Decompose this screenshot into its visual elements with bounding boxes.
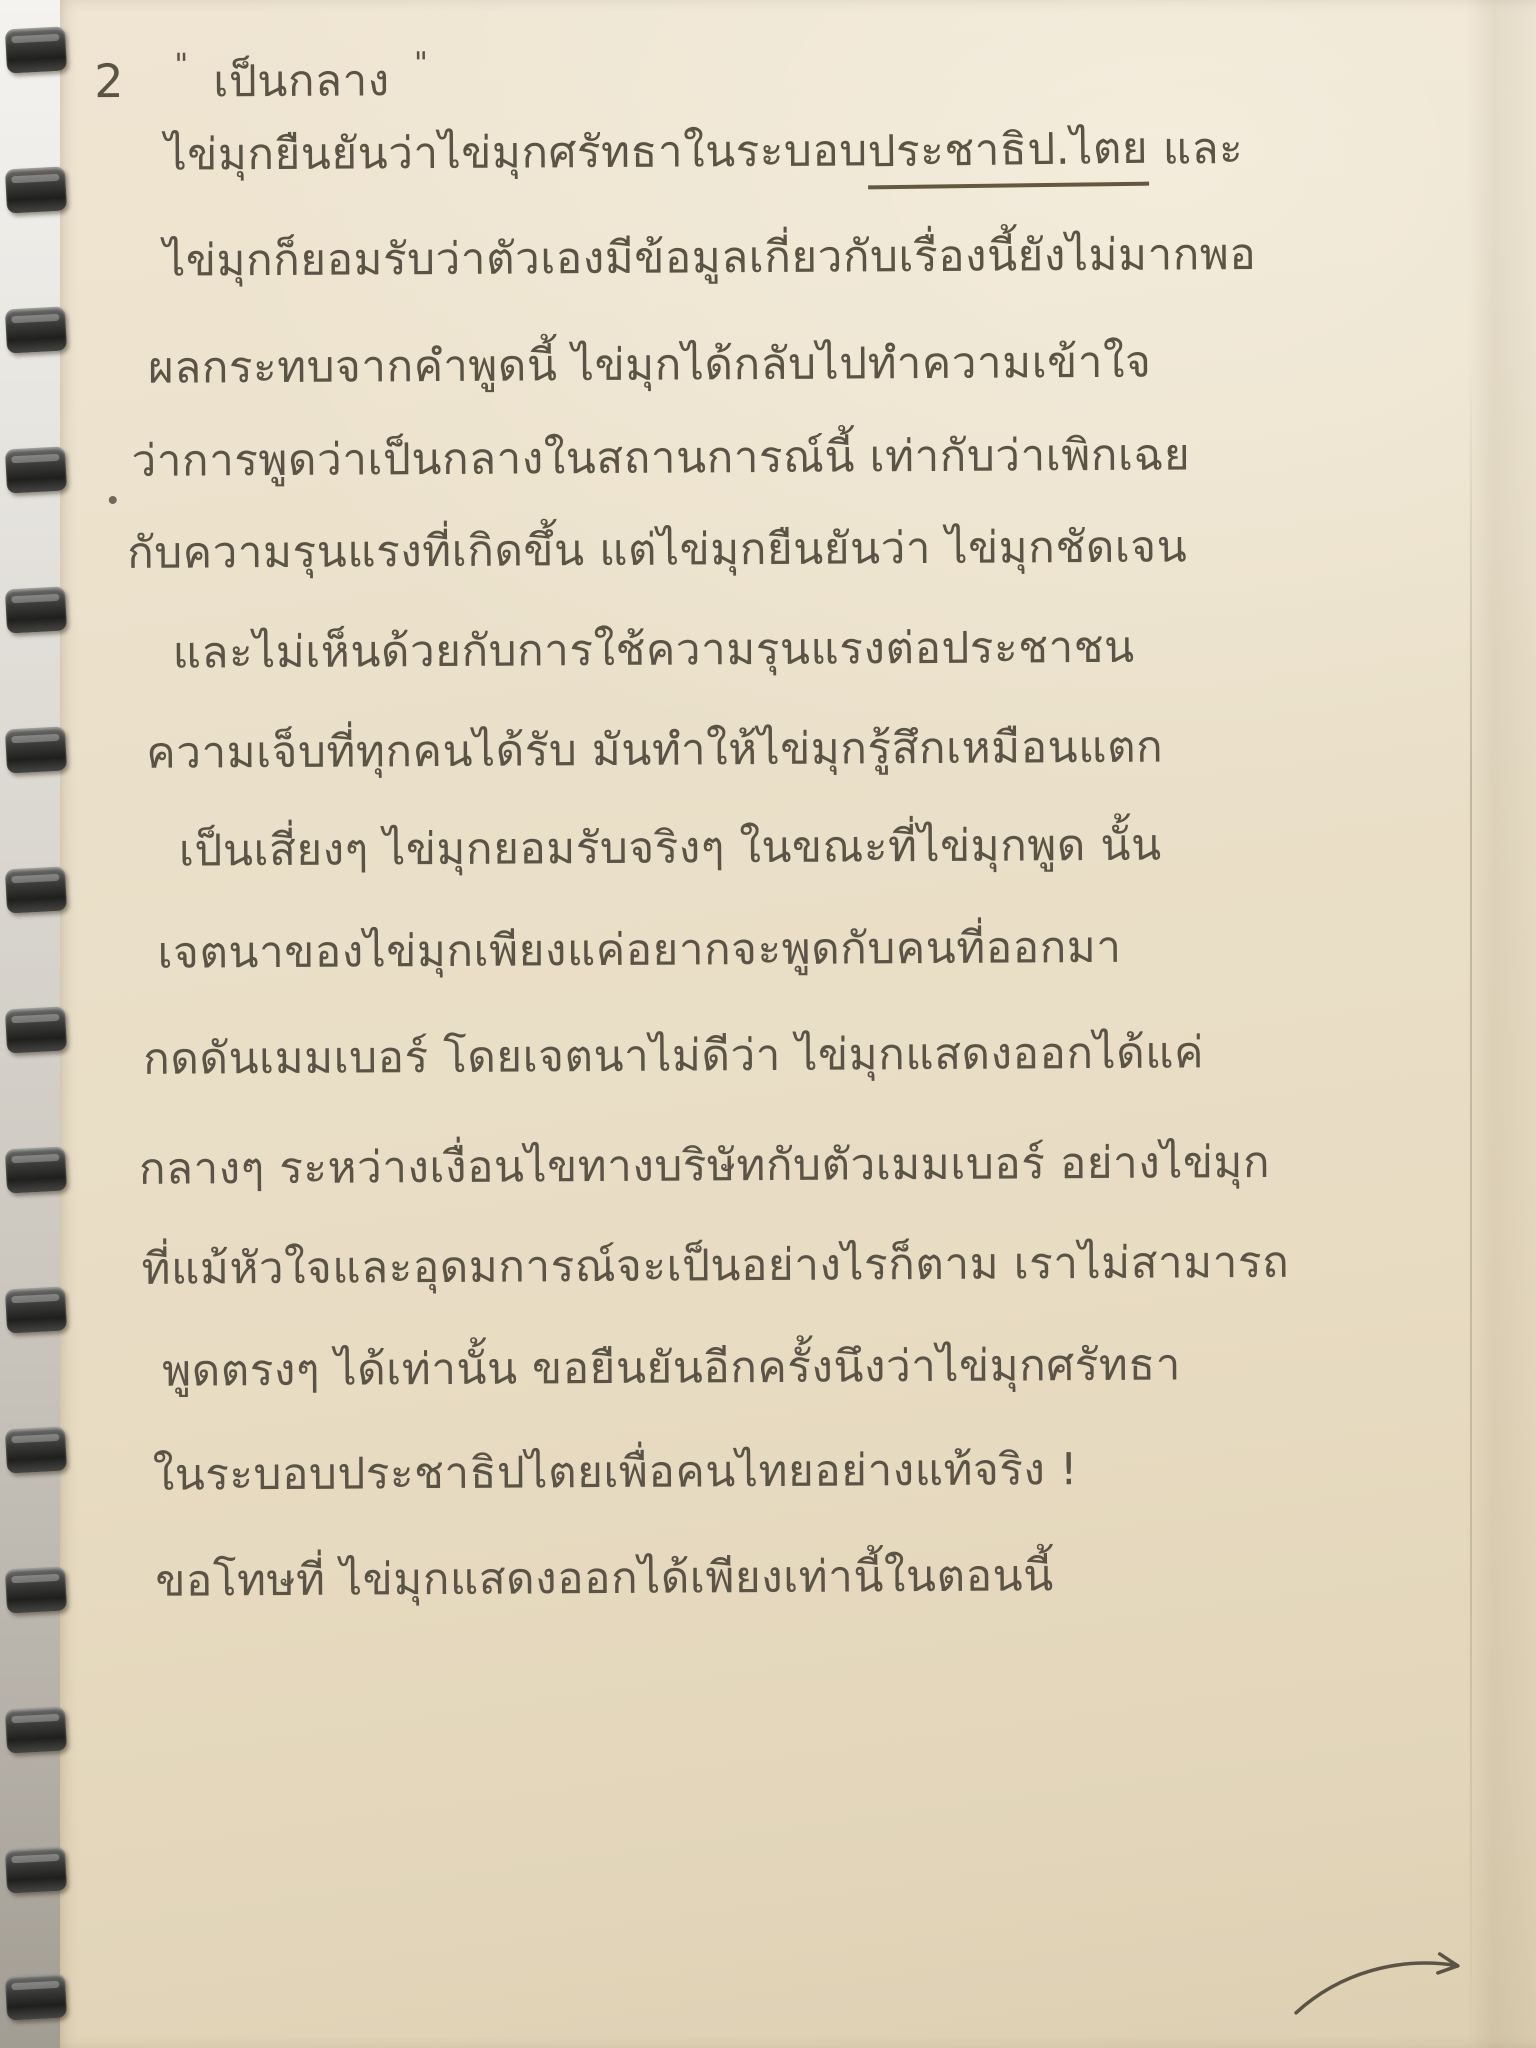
- margin-dot: [109, 496, 117, 504]
- handwritten-line: ที่แม้หัวใจและอุดมการณ์จะเป็นอย่างไรก็ตา…: [141, 1233, 1289, 1299]
- line1-pre: ไข่มุกยืนยันว่าไข่มุกศรัทธาในระบอบ: [165, 125, 868, 180]
- handwritten-line: ไข่มุกก็ยอมรับว่าตัวเองมีข้อมูลเกี่ยวกับ…: [163, 225, 1256, 291]
- handwritten-note: 2 " เป็นกลาง " ไข่มุกยืนยันว่าไข่มุกศรัท…: [0, 0, 1536, 2048]
- handwritten-line: ไข่มุกยืนยันว่าไข่มุกศรัทธาในระบอบประชาธ…: [165, 119, 1244, 193]
- handwritten-line: ความเจ็บที่ทุกคนได้รับ มันทำให้ไข่มุกรู้…: [146, 718, 1163, 784]
- line1-underlined-word: ประชาธิป.ไตย: [867, 119, 1148, 190]
- close-quote: ": [414, 46, 429, 81]
- handwritten-line: เป็นเสี่ยงๆ ไข่มุกยอมรับจริงๆ ในขณะที่ไข…: [179, 816, 1162, 881]
- notebook-photo: 2 " เป็นกลาง " ไข่มุกยืนยันว่าไข่มุกศรัท…: [0, 0, 1536, 2048]
- handwritten-line: กับความรุนแรงที่เกิดขึ้น แต่ไข่มุกยืนยัน…: [127, 517, 1187, 583]
- line1-post: และ: [1148, 123, 1243, 175]
- handwritten-line: พูดตรงๆ ได้เท่านั้น ขอยืนยันอีกครั้งนึงว…: [162, 1335, 1181, 1401]
- page-number: 2: [94, 54, 124, 108]
- note-header: 2 " เป็นกลาง ": [94, 44, 439, 112]
- handwritten-line: เจตนาของไข่มุกเพียงแค่อยากจะพูดกับคนที่อ…: [157, 918, 1121, 983]
- handwritten-line: กลางๆ ระหว่างเงื่อนไขทางบริษัทกับตัวเมมเ…: [139, 1133, 1271, 1199]
- handwritten-line: กดดันเมมเบอร์ โดยเจตนาไม่ดีว่า ไข่มุกแสด…: [143, 1023, 1204, 1089]
- curved-arrow-icon: [1288, 1938, 1479, 2025]
- handwritten-line: ขอโทษที่ ไข่มุกแสดงออกได้เพียงเท่านี้ในต…: [155, 1546, 1054, 1611]
- note-title: เป็นกลาง: [213, 55, 390, 107]
- handwritten-line: ในระบอบประชาธิปไตยเพื่อคนไทยอย่างแท้จริง…: [153, 1440, 1079, 1505]
- handwritten-line: และไม่เห็นด้วยกับการใช้ความรุนแรงต่อประช…: [173, 618, 1135, 683]
- handwritten-line: ว่าการพูดว่าเป็นกลางในสถานการณ์นี้ เท่าก…: [131, 425, 1190, 491]
- handwritten-line: ผลกระทบจากคำพูดนี้ ไข่มุกได้กลับไปทำความ…: [148, 333, 1152, 399]
- open-quote: ": [174, 48, 189, 83]
